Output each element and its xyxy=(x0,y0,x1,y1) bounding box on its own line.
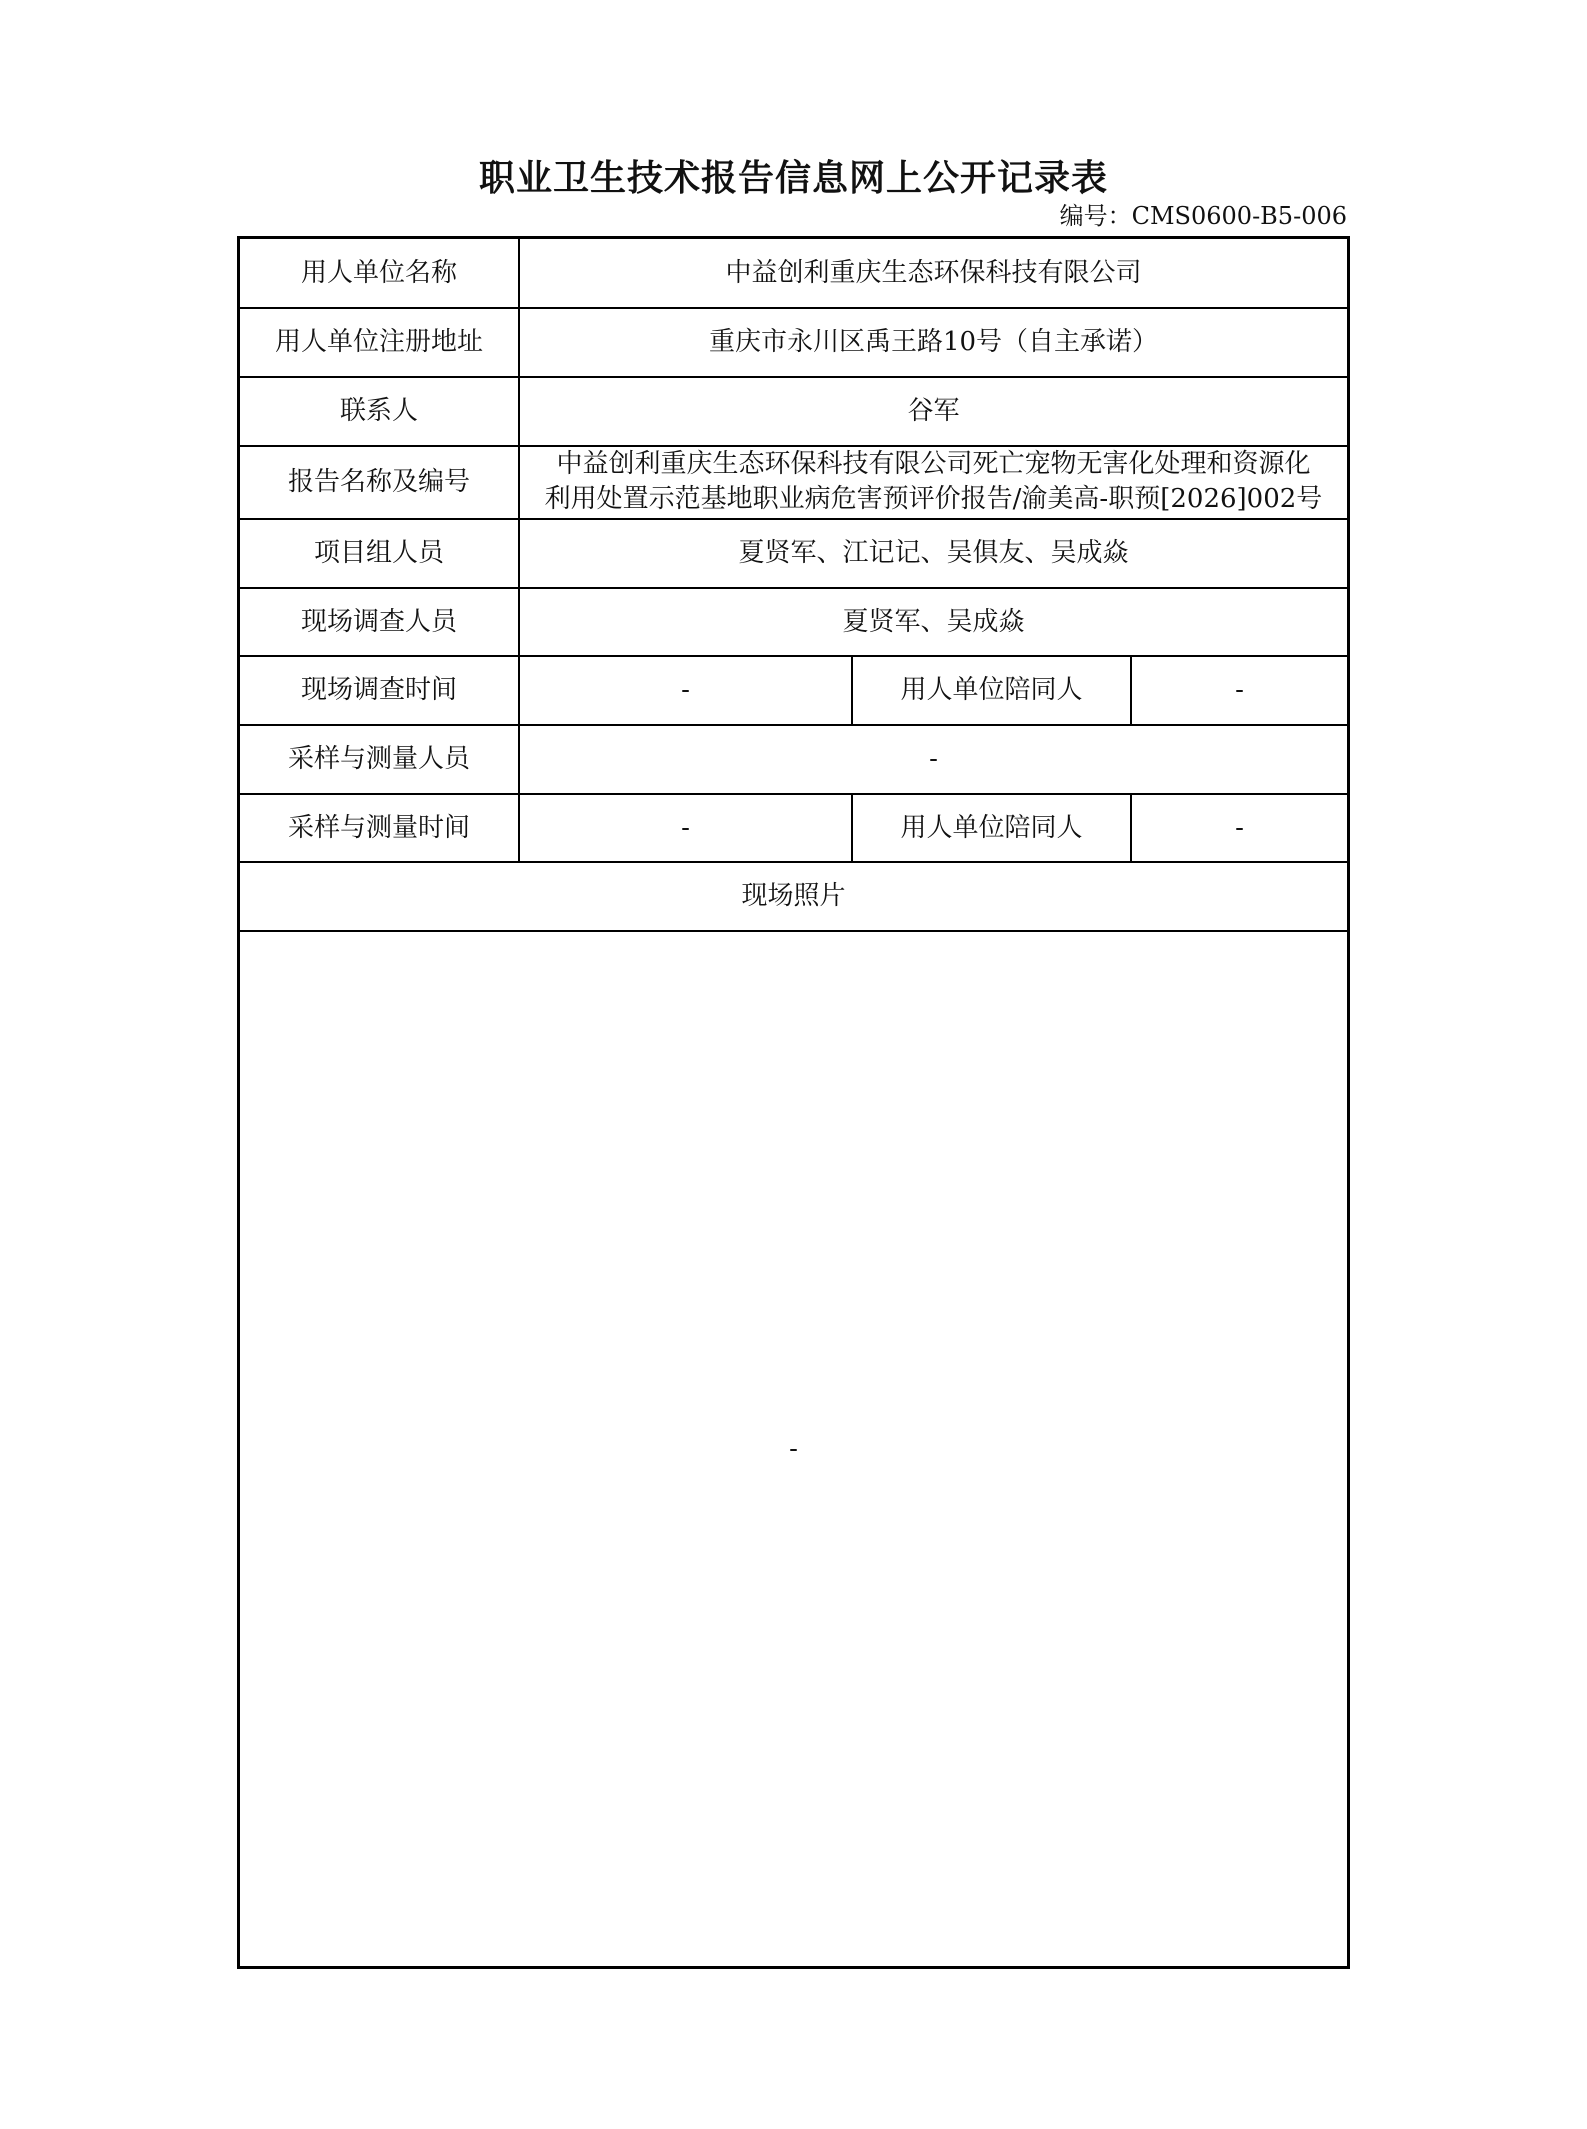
contact-label: 联系人 xyxy=(240,377,518,445)
sampling-staff-label: 采样与测量人员 xyxy=(240,725,518,793)
sampling-time-label: 采样与测量时间 xyxy=(240,794,518,861)
document-title: 职业卫生技术报告信息网上公开记录表 xyxy=(0,152,1587,204)
report-label: 报告名称及编号 xyxy=(240,446,518,518)
photos-area: - xyxy=(240,931,1347,1966)
survey-companion-label: 用人单位陪同人 xyxy=(853,656,1130,724)
report-value: 中益创利重庆生态环保科技有限公司死亡宠物无害化处理和资源化 利用处置示范基地职业… xyxy=(520,446,1347,518)
employer-name-label: 用人单位名称 xyxy=(240,239,518,307)
project-team-label: 项目组人员 xyxy=(240,519,518,587)
project-team-value: 夏贤军、江记记、吴俱友、吴成焱 xyxy=(520,519,1347,587)
survey-staff-value: 夏贤军、吴成焱 xyxy=(520,588,1347,655)
survey-companion-value: - xyxy=(1132,656,1347,724)
document-code: 编号：CMS0600-B5-006 xyxy=(1060,200,1347,232)
employer-address-label: 用人单位注册地址 xyxy=(240,308,518,376)
survey-staff-label: 现场调查人员 xyxy=(240,588,518,655)
survey-time-label: 现场调查时间 xyxy=(240,656,518,724)
report-value-line2: 利用处置示范基地职业病危害预评价报告/渝美高-职预[2026]002号 xyxy=(543,482,1325,517)
photos-label: 现场照片 xyxy=(240,862,1347,930)
record-table: 用人单位名称 中益创利重庆生态环保科技有限公司 用人单位注册地址 重庆市永川区禹… xyxy=(237,236,1350,1969)
sampling-staff-value: - xyxy=(520,725,1347,793)
sampling-time-value: - xyxy=(520,794,851,861)
survey-time-value: - xyxy=(520,656,851,724)
employer-name-value: 中益创利重庆生态环保科技有限公司 xyxy=(520,239,1347,307)
report-value-line1: 中益创利重庆生态环保科技有限公司死亡宠物无害化处理和资源化 xyxy=(554,447,1312,482)
contact-value: 谷军 xyxy=(520,377,1347,445)
employer-address-value: 重庆市永川区禹王路10号（自主承诺） xyxy=(520,308,1347,376)
sampling-companion-value: - xyxy=(1132,794,1347,861)
sampling-companion-label: 用人单位陪同人 xyxy=(853,794,1130,861)
